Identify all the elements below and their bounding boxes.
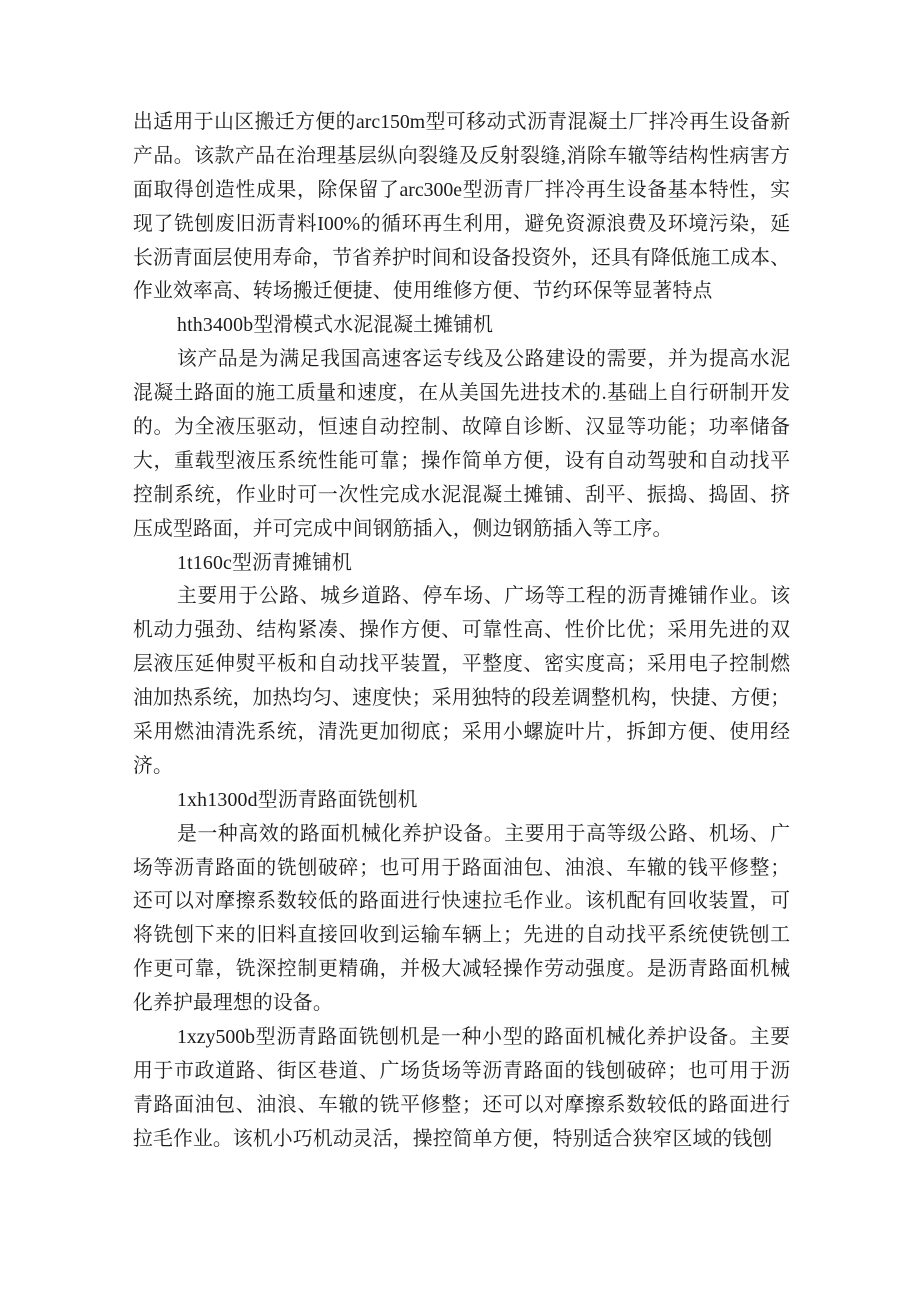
text-line: 的。为全液压驱动，恒速自动控制、故障自诊断、汉显等功能；功率储备 [133, 411, 790, 445]
text-line: 层液压延伸熨平板和自动找平装置，平整度、密实度高；采用电子控制燃 [133, 648, 790, 682]
text-line: 长沥青面层使用寿命，节省养护时间和设备投资外，还具有降低施工成本、 [133, 242, 790, 276]
text-line: 油加热系统，加热均匀、速度快；采用独特的段差调整机构，快捷、方便； [133, 682, 790, 716]
heading-line: 1xh1300d型沥青路面铣刨机 [133, 784, 790, 818]
heading-line: 1t160c型沥青摊铺机 [133, 547, 790, 581]
text-line: 采用燃油清洗系统，清洗更加彻底；采用小螺旋叶片，拆卸方便、使用经 [133, 716, 790, 750]
text-line: 济。 [133, 750, 790, 784]
text-line: 是一种高效的路面机械化养护设备。主要用于高等级公路、机场、广 [133, 818, 790, 852]
text-line: 将铣刨下来的旧料直接回收到运输车辆上；先进的自动找平系统使铣刨工 [133, 919, 790, 953]
document-page: 出适用于山区搬迁方便的arc150m型可移动式沥青混凝土厂拌冷再生设备新 产品。… [0, 0, 920, 1301]
text-line: 压成型路面，并可完成中间钢筋插入，侧边钢筋插入等工序。 [133, 513, 790, 547]
text-line: 面取得创造性成果，除保留了arc300e型沥青厂拌冷再生设备基本特性，实 [133, 174, 790, 208]
text-line: 出适用于山区搬迁方便的arc150m型可移动式沥青混凝土厂拌冷再生设备新 [133, 106, 790, 140]
text-line: 用于市政道路、街区巷道、广场货场等沥青路面的钱刨破碎；也可用于沥 [133, 1055, 790, 1089]
text-block: 出适用于山区搬迁方便的arc150m型可移动式沥青混凝土厂拌冷再生设备新 产品。… [133, 106, 790, 1157]
text-line: 大，重载型液压系统性能可靠；操作简单方便，设有自动驾驶和自动找平 [133, 445, 790, 479]
text-line: 青路面油包、油浪、车辙的铣平修整；还可以对摩擦系数较低的路面进行 [133, 1089, 790, 1123]
text-line: 拉毛作业。该机小巧机动灵活，操控简单方便，特别适合狭窄区域的钱刨 [133, 1123, 790, 1157]
text-line: 场等沥青路面的铣刨破碎；也可用于路面油包、油浪、车辙的钱平修整； [133, 852, 790, 886]
text-line: 化养护最理想的设备。 [133, 987, 790, 1021]
text-line: 主要用于公路、城乡道路、停车场、广场等工程的沥青摊铺作业。该 [133, 580, 790, 614]
heading-line: hth3400b型滑模式水泥混凝土摊铺机 [133, 309, 790, 343]
text-line: 现了铣刨废旧沥青料I00%的循环再生利用，避免资源浪费及环境污染，延 [133, 208, 790, 242]
text-line: 混凝土路面的施工质量和速度，在从美国先进技术的.基础上自行研制开发 [133, 377, 790, 411]
text-line: 1xzy500b型沥青路面铣刨机是一种小型的路面机械化养护设备。主要 [133, 1021, 790, 1055]
text-line: 作业效率高、转场搬迁便捷、使用维修方便、节约环保等显著特点 [133, 275, 790, 309]
text-line: 作更可靠，铣深控制更精确，并极大减轻操作劳动强度。是沥青路面机械 [133, 953, 790, 987]
text-line: 机动力强劲、结构紧凑、操作方便、可靠性高、性价比优；采用先进的双 [133, 614, 790, 648]
text-line: 该产品是为满足我国高速客运专线及公路建设的需要，并为提高水泥 [133, 343, 790, 377]
text-line: 控制系统，作业时可一次性完成水泥混凝土摊铺、刮平、振捣、捣固、挤 [133, 479, 790, 513]
text-line: 还可以对摩擦系数较低的路面进行快速拉毛作业。该机配有回收装置，可 [133, 885, 790, 919]
text-line: 产品。该款产品在治理基层纵向裂缝及反射裂缝,消除车辙等结构性病害方 [133, 140, 790, 174]
